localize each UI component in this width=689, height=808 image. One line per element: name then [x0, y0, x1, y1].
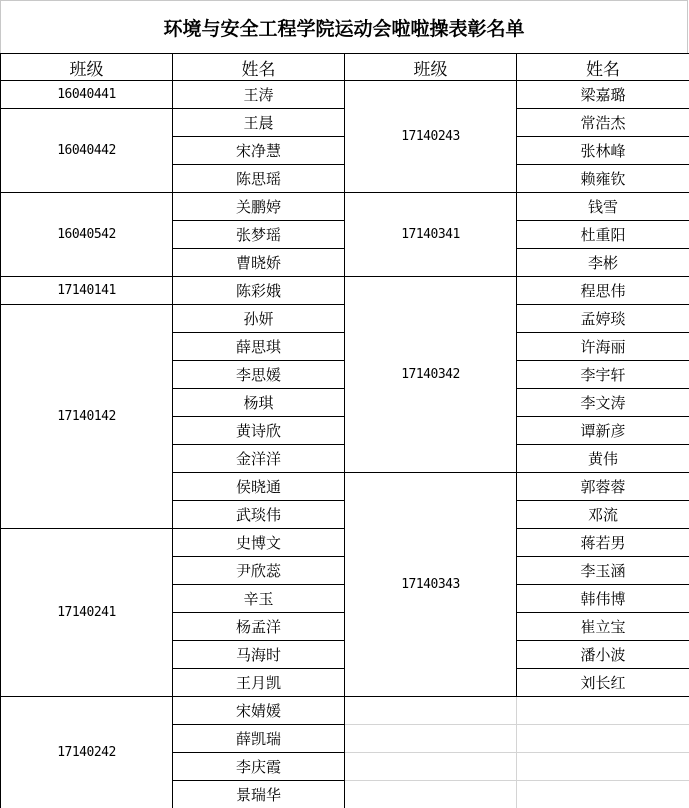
- name-cell[interactable]: 杨孟洋: [173, 613, 345, 641]
- name-cell[interactable]: 李庆霞: [173, 753, 345, 781]
- name-cell[interactable]: 谭新彦: [517, 417, 689, 445]
- class-cell[interactable]: 16040441: [1, 81, 173, 109]
- class-cell[interactable]: 16040542: [1, 193, 173, 277]
- name-cell[interactable]: 曹晓娇: [173, 249, 345, 277]
- name-cell[interactable]: 宋婧媛: [173, 697, 345, 725]
- name-cell[interactable]: 辛玉: [173, 585, 345, 613]
- name-cell[interactable]: 黄诗欣: [173, 417, 345, 445]
- name-cell[interactable]: 李宇轩: [517, 361, 689, 389]
- name-cell[interactable]: 王晨: [173, 109, 345, 137]
- name-cell[interactable]: 孟婷琰: [517, 305, 689, 333]
- name-cell[interactable]: 孙妍: [173, 305, 345, 333]
- class-cell[interactable]: 17140241: [1, 529, 173, 697]
- name-cell[interactable]: 李思媛: [173, 361, 345, 389]
- header-row: 班级 姓名 班级 姓名: [1, 54, 689, 81]
- name-cell[interactable]: 张梦瑶: [173, 221, 345, 249]
- class-cell[interactable]: 17140141: [1, 277, 173, 305]
- empty-cell[interactable]: [345, 753, 517, 781]
- name-cell[interactable]: 常浩杰: [517, 109, 689, 137]
- table-row: 17140141 陈彩娥 17140342 程思伟: [1, 277, 689, 305]
- name-cell[interactable]: 陈思瑶: [173, 165, 345, 193]
- header-name-left[interactable]: 姓名: [173, 54, 345, 81]
- empty-cell[interactable]: [517, 725, 689, 753]
- name-cell[interactable]: 武琰伟: [173, 501, 345, 529]
- name-cell[interactable]: 程思伟: [517, 277, 689, 305]
- name-cell[interactable]: 潘小波: [517, 641, 689, 669]
- name-cell[interactable]: 王涛: [173, 81, 345, 109]
- name-cell[interactable]: 李彬: [517, 249, 689, 277]
- name-cell[interactable]: 马海时: [173, 641, 345, 669]
- name-cell[interactable]: 蒋若男: [517, 529, 689, 557]
- name-cell[interactable]: 钱雪: [517, 193, 689, 221]
- name-cell[interactable]: 史博文: [173, 529, 345, 557]
- name-cell[interactable]: 关鹏婷: [173, 193, 345, 221]
- name-cell[interactable]: 许海丽: [517, 333, 689, 361]
- name-cell[interactable]: 尹欣蕊: [173, 557, 345, 585]
- table-row: 16040542 关鹏婷 17140341 钱雪: [1, 193, 689, 221]
- empty-cell[interactable]: [517, 753, 689, 781]
- header-class-right[interactable]: 班级: [345, 54, 517, 81]
- name-cell[interactable]: 张林峰: [517, 137, 689, 165]
- name-cell[interactable]: 陈彩娥: [173, 277, 345, 305]
- table-row: 17140242 宋婧媛: [1, 697, 689, 725]
- name-cell[interactable]: 薛凯瑞: [173, 725, 345, 753]
- empty-cell[interactable]: [345, 781, 517, 808]
- name-cell[interactable]: 赖雍钦: [517, 165, 689, 193]
- name-cell[interactable]: 杜重阳: [517, 221, 689, 249]
- name-cell[interactable]: 梁嘉璐: [517, 81, 689, 109]
- name-cell[interactable]: 李文涛: [517, 389, 689, 417]
- empty-cell[interactable]: [517, 697, 689, 725]
- class-cell[interactable]: 17140242: [1, 697, 173, 808]
- name-cell[interactable]: 李玉涵: [517, 557, 689, 585]
- name-cell[interactable]: 王月凯: [173, 669, 345, 697]
- table-row: 16040441 王涛 17140243 梁嘉璐: [1, 81, 689, 109]
- empty-cell[interactable]: [517, 781, 689, 808]
- class-cell[interactable]: 17140343: [345, 473, 517, 697]
- award-table: 班级 姓名 班级 姓名 16040441 王涛 17140243 梁嘉璐 160…: [0, 53, 689, 808]
- name-cell[interactable]: 宋净慧: [173, 137, 345, 165]
- name-cell[interactable]: 侯晓通: [173, 473, 345, 501]
- empty-cell[interactable]: [345, 725, 517, 753]
- name-cell[interactable]: 韩伟博: [517, 585, 689, 613]
- name-cell[interactable]: 薛思琪: [173, 333, 345, 361]
- name-cell[interactable]: 邓流: [517, 501, 689, 529]
- name-cell[interactable]: 金洋洋: [173, 445, 345, 473]
- class-cell[interactable]: 17140341: [345, 193, 517, 277]
- empty-cell[interactable]: [345, 697, 517, 725]
- name-cell[interactable]: 崔立宝: [517, 613, 689, 641]
- name-cell[interactable]: 杨琪: [173, 389, 345, 417]
- header-class-left[interactable]: 班级: [1, 54, 173, 81]
- class-cell[interactable]: 17140142: [1, 305, 173, 529]
- header-name-right[interactable]: 姓名: [517, 54, 689, 81]
- name-cell[interactable]: 黄伟: [517, 445, 689, 473]
- name-cell[interactable]: 刘长红: [517, 669, 689, 697]
- spreadsheet: 环境与安全工程学院运动会啦啦操表彰名单 班级 姓名 班级 姓名 16040441…: [0, 0, 689, 808]
- sheet-title[interactable]: 环境与安全工程学院运动会啦啦操表彰名单: [0, 0, 688, 53]
- class-cell[interactable]: 17140342: [345, 277, 517, 473]
- class-cell[interactable]: 16040442: [1, 109, 173, 193]
- class-cell[interactable]: 17140243: [345, 81, 517, 193]
- name-cell[interactable]: 郭蓉蓉: [517, 473, 689, 501]
- name-cell[interactable]: 景瑞华: [173, 781, 345, 808]
